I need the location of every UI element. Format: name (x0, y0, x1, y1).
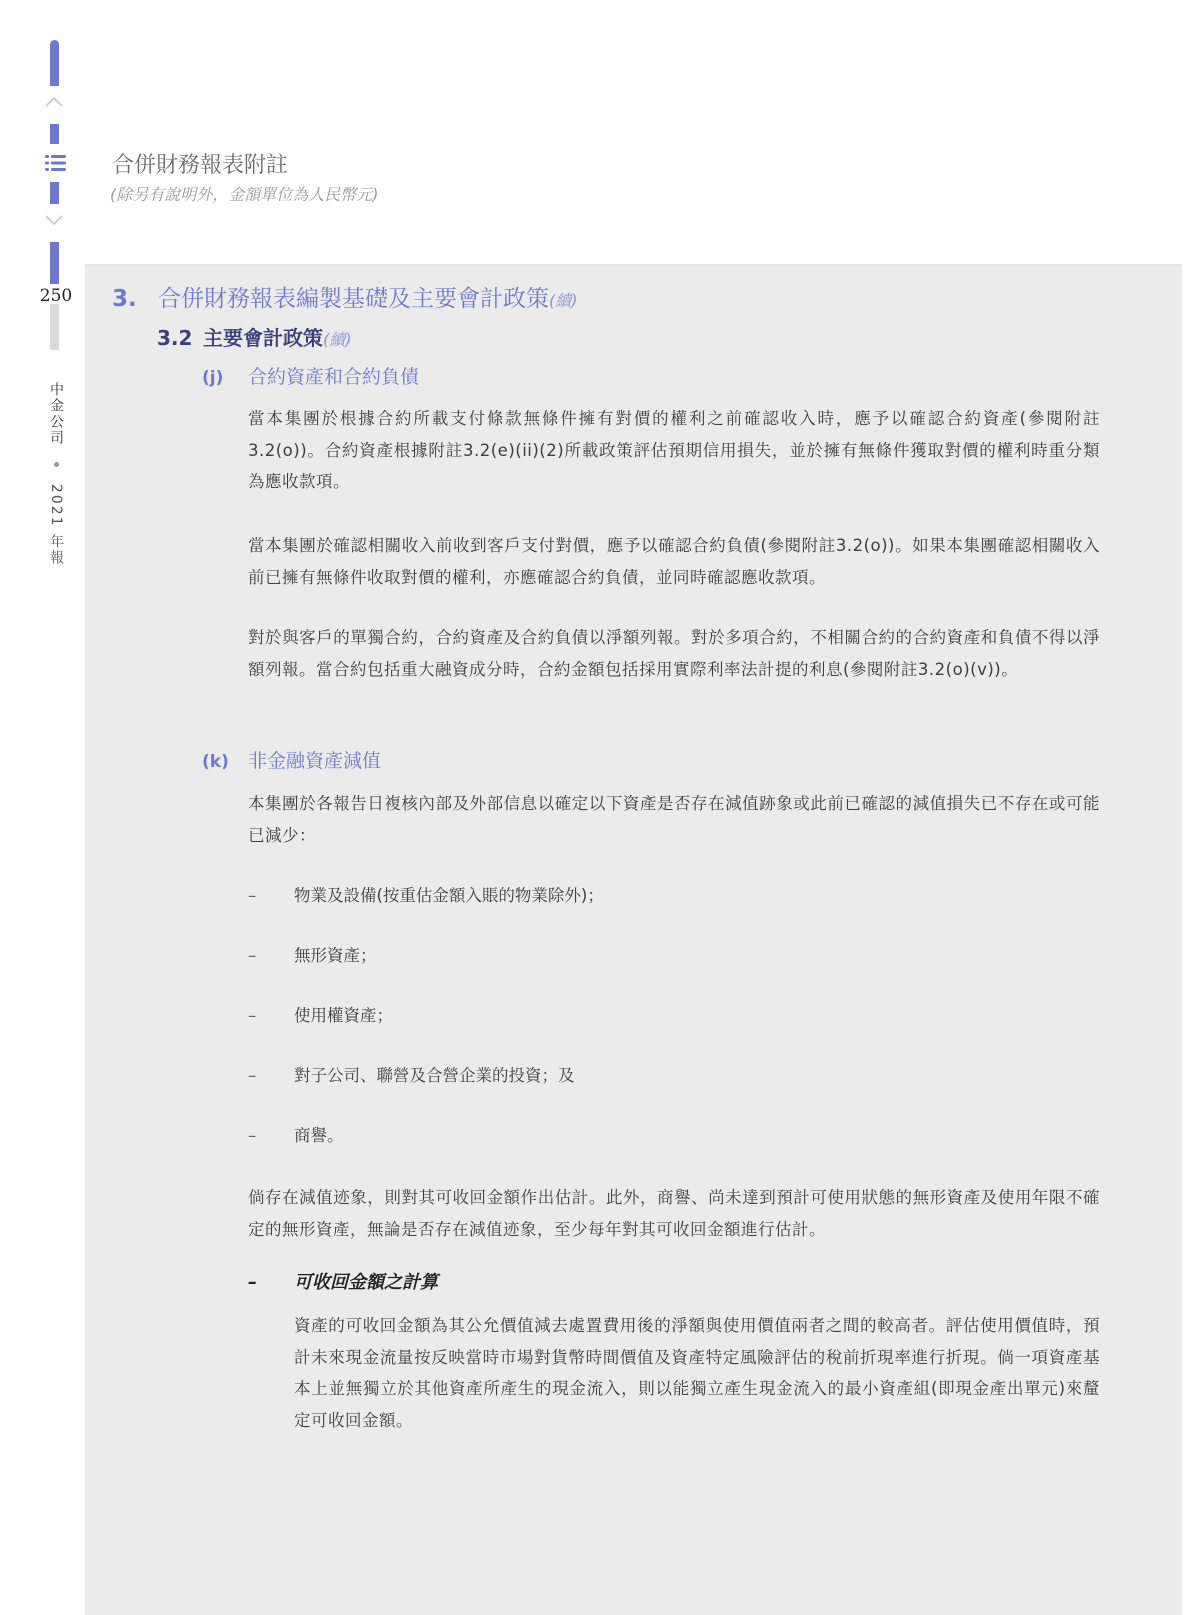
bullet-dash: – (248, 1066, 294, 1085)
subsection-number: 3.2 (157, 326, 203, 350)
page-number: 250 (38, 286, 74, 306)
page-subtitle: (除另有說明外，金額單位為人民幣元) (110, 182, 379, 205)
item-heading-j: (j)合約資產和合約負債 (202, 362, 419, 389)
paragraph: 當本集團於根據合約所載支付條款無條件擁有對價的權利之前確認收入時，應予以確認合約… (248, 403, 1100, 498)
subheading-recoverable-amount: –可收回金額之計算 (248, 1268, 438, 1294)
list-item: –商譽。 (248, 1122, 344, 1146)
report-label: 中金公司 2021 年報 (46, 382, 66, 566)
item-heading-k: (k)非金融資產減值 (202, 746, 381, 773)
subsection-heading: 3.2主要會計政策(續) (157, 322, 352, 351)
paragraph: 資產的可收回金額為其公允價值減去處置費用後的淨額與使用價值兩者之間的較高者。評估… (294, 1310, 1100, 1436)
item-number: (k) (202, 752, 248, 772)
paragraph: 倘存在減值迹象，則對其可收回金額作出估計。此外，商譽、尚未達到預計可使用狀態的無… (248, 1182, 1100, 1245)
chevron-down-icon[interactable] (44, 210, 64, 230)
list-item-text: 使用權資產； (294, 1006, 393, 1025)
nav-bar-segment (50, 242, 59, 284)
nav-bar-segment (50, 182, 59, 204)
bullet-dash: – (248, 1126, 294, 1145)
bullet-dash: – (248, 946, 294, 965)
side-nav-rail: 250 中金公司 2021 年報 (0, 0, 85, 1615)
nav-bar-segment (50, 304, 59, 350)
paragraph: 當本集團於確認相關收入前收到客戶支付對價，應予以確認合約負債(參閱附註3.2(o… (248, 530, 1100, 593)
list-item: –無形資產； (248, 942, 377, 966)
list-item-text: 對子公司、聯營及合營企業的投資；及 (294, 1066, 575, 1085)
list-item-text: 物業及設備(按重估金額入賬的物業除外)； (294, 886, 604, 905)
nav-bar-segment (50, 124, 59, 144)
subsection-title: 主要會計政策 (203, 326, 323, 350)
subheading-title: 可收回金額之計算 (294, 1272, 438, 1293)
paragraph: 對於與客戶的單獨合約，合約資產及合約負債以淨額列報。對於多項合約，不相關合約的合… (248, 622, 1100, 685)
item-title: 非金融資產減值 (248, 750, 381, 772)
paragraph: 本集團於各報告日複核內部及外部信息以確定以下資產是否存在減值跡象或此前已確認的減… (248, 788, 1100, 851)
item-number: (j) (202, 368, 248, 388)
list-item: –對子公司、聯營及合營企業的投資；及 (248, 1062, 575, 1086)
continued-label: (續) (323, 330, 352, 349)
company-name: 中金公司 (48, 382, 64, 446)
chevron-up-icon[interactable] (44, 92, 64, 112)
bullet-dash: – (248, 1272, 294, 1293)
continued-label: (續) (549, 291, 578, 310)
bullet-dash: – (248, 1006, 294, 1025)
list-item-text: 無形資產； (294, 946, 377, 965)
item-title: 合約資產和合約負債 (248, 366, 419, 388)
report-year: 2021 年報 (48, 484, 64, 566)
menu-list-icon[interactable] (44, 151, 68, 175)
nav-bar-segment (50, 40, 59, 86)
section-number: 3. (112, 286, 158, 312)
section-title: 合併財務報表編製基礎及主要會計政策 (158, 286, 549, 312)
section-heading: 3.合併財務報表編製基礎及主要會計政策(續) (112, 280, 578, 313)
list-item: –物業及設備(按重估金額入賬的物業除外)； (248, 882, 604, 906)
separator-dot (54, 462, 59, 467)
bullet-dash: – (248, 886, 294, 905)
page-title: 合併財務報表附註 (112, 148, 288, 179)
list-item: –使用權資產； (248, 1002, 393, 1026)
list-item-text: 商譽。 (294, 1126, 344, 1145)
